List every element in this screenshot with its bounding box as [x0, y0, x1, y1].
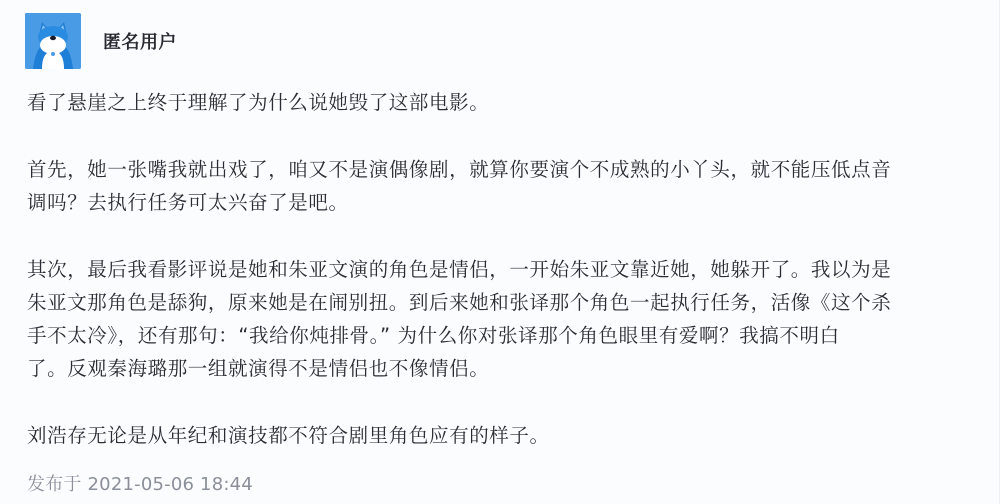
text-line: 看了悬崖之上终于理解了为什么说她毁了这部电影。 — [27, 86, 987, 119]
author-name[interactable]: 匿名用户 — [103, 28, 177, 54]
paragraph-gap — [27, 219, 987, 253]
text-line: 朱亚文那角色是舔狗，原来她是在闹别扭。到后来她和张译那个角色一起执行任务，活像《… — [27, 286, 987, 319]
paragraph-3: 其次，最后我看影评说是她和朱亚文演的角色是情侣，一开始朱亚文靠近她，她躲开了。我… — [27, 253, 987, 385]
paragraph-gap — [27, 385, 987, 419]
shiba-dog-avatar-icon — [25, 13, 81, 69]
text-line: 首先，她一张嘴我就出戏了，咱又不是演偶像剧，就算你要演个不成熟的小丫头，就不能压… — [27, 153, 987, 186]
text-line: 调吗？去执行任务可太兴奋了是吧。 — [27, 186, 987, 219]
paragraph-gap — [27, 119, 987, 153]
answer-card: 匿名用户 看了悬崖之上终于理解了为什么说她毁了这部电影。 首先，她一张嘴我就出戏… — [0, 0, 1000, 504]
paragraph-2: 首先，她一张嘴我就出戏了，咱又不是演偶像剧，就算你要演个不成熟的小丫头，就不能压… — [27, 153, 987, 219]
text-line: 其次，最后我看影评说是她和朱亚文演的角色是情侣，一开始朱亚文靠近她，她躲开了。我… — [27, 253, 987, 286]
text-line: 刘浩存无论是从年纪和演技都不符合剧里角色应有的样子。 — [27, 419, 987, 452]
text-line: 了。反观秦海璐那一组就演得不是情侣也不像情侣。 — [27, 352, 987, 385]
paragraph-4: 刘浩存无论是从年纪和演技都不符合剧里角色应有的样子。 — [27, 419, 987, 452]
avatar[interactable] — [25, 13, 81, 69]
text-line: 手不太冷》，还有那句：“我给你炖排骨。” 为什么你对张译那个角色眼里有爱啊？我搞… — [27, 319, 987, 352]
post-body: 看了悬崖之上终于理解了为什么说她毁了这部电影。 首先，她一张嘴我就出戏了，咱又不… — [27, 86, 987, 452]
post-timestamp: 发布于 2021-05-06 18:44 — [27, 470, 253, 500]
paragraph-1: 看了悬崖之上终于理解了为什么说她毁了这部电影。 — [27, 86, 987, 119]
post-header: 匿名用户 — [25, 13, 177, 69]
